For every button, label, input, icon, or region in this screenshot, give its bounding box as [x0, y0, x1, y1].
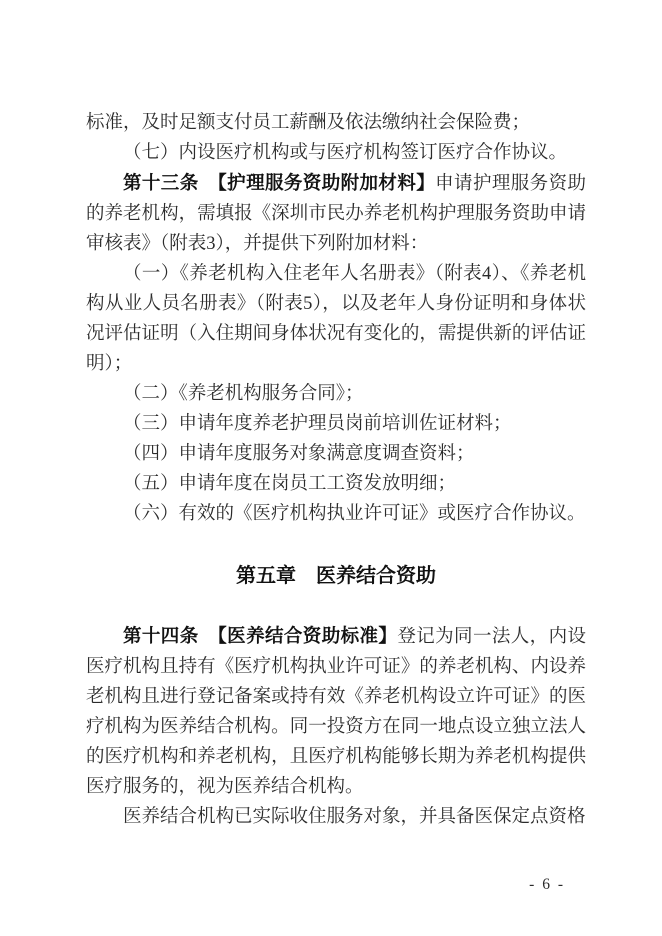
body-text: （一）《养老机构入住老年人名册表》（附表4）、《养老机构从业人员名册表》（附表5… — [86, 264, 586, 374]
paragraph: （二）《养老机构服务合同》； — [86, 379, 586, 409]
paragraph: 医养结合机构已实际收住服务对象，并具备医保定点资格 — [86, 802, 586, 832]
paragraph: 第十四条 【医养结合资助标准】登记为同一法人，内设医疗机构且持有《医疗机构执业许… — [86, 621, 586, 802]
emphasis-text: 第十三条 【护理服务资助附加材料】 — [123, 172, 435, 193]
paragraph: （六）有效的《医疗机构执业许可证》或医疗合作协议。 — [86, 499, 586, 529]
paragraph: （四）申请年度服务对象满意度调查资料； — [86, 439, 586, 469]
emphasis-text: 第五章 医养结合资助 — [236, 565, 436, 587]
body-text: （三）申请年度养老护理员岗前培训佐证材料； — [123, 414, 512, 434]
document-page: 标准，及时足额支付员工薪酬及依法缴纳社会保险费；（七）内设医疗机构或与医疗机构签… — [0, 0, 662, 936]
paragraph: 第十三条 【护理服务资助附加材料】申请护理服务资助的养老机构，需填报《深圳市民办… — [86, 168, 586, 259]
paragraph: （三）申请年度养老护理员岗前培训佐证材料； — [86, 409, 586, 439]
page-number: - 6 - — [529, 876, 565, 894]
document-body: 标准，及时足额支付员工薪酬及依法缴纳社会保险费；（七）内设医疗机构或与医疗机构签… — [86, 108, 586, 832]
paragraph: （一）《养老机构入住老年人名册表》（附表4）、《养老机构从业人员名册表》（附表5… — [86, 259, 586, 379]
body-text: （二）《养老机构服务合同》； — [123, 384, 364, 404]
body-text: （六）有效的《医疗机构执业许可证》或医疗合作协议。 — [123, 504, 586, 524]
body-text: （四）申请年度服务对象满意度调查资料； — [123, 444, 475, 464]
paragraph: 标准，及时足额支付员工薪酬及依法缴纳社会保险费； — [86, 108, 586, 138]
chapter-heading: 第五章 医养结合资助 — [86, 561, 586, 591]
emphasis-text: 第十四条 【医养结合资助标准】 — [123, 625, 397, 646]
paragraph: （七）内设医疗机构或与医疗机构签订医疗合作协议。 — [86, 138, 586, 168]
paragraph: （五）申请年度在岗员工工资发放明细； — [86, 469, 586, 499]
body-text: 医养结合机构已实际收住服务对象，并具备医保定点资格 — [123, 807, 586, 827]
body-text: 登记为同一法人，内设医疗机构且持有《医疗机构执业许可证》的养老机构、内设养老机构… — [86, 627, 586, 797]
body-text: 标准，及时足额支付员工薪酬及依法缴纳社会保险费； — [86, 113, 530, 133]
body-text: （七）内设医疗机构或与医疗机构签订医疗合作协议。 — [123, 143, 567, 163]
body-text: （五）申请年度在岗员工工资发放明细； — [123, 474, 456, 494]
